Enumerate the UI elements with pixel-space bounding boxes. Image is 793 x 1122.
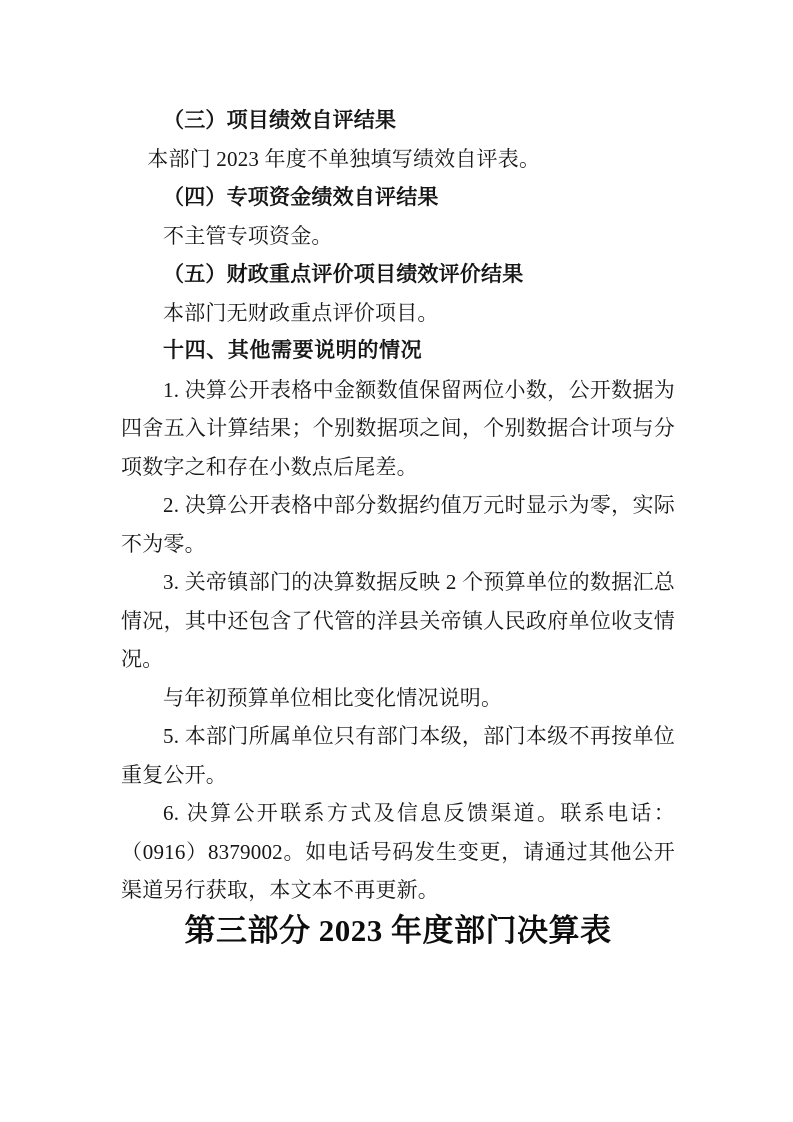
body-paragraph: 1. 决算公开表格中金额数值保留两位小数，公开数据为四舍五入计算结果；个别数据项… <box>121 371 675 487</box>
section-heading: 十四、其他需要说明的情况 <box>121 332 675 371</box>
body-paragraph: 本部门无财政重点评价项目。 <box>121 294 675 333</box>
body-paragraph: 3. 关帝镇部门的决算数据反映 2 个预算单位的数据汇总情况，其中还包含了代管的… <box>121 563 675 679</box>
document-page: （三）项目绩效自评结果本部门 2023 年度不单独填写绩效自评表。（四）专项资金… <box>0 0 793 1122</box>
body-paragraph: 6. 决算公开联系方式及信息反馈渠道。联系电话：（0916）8379002。如电… <box>121 794 675 910</box>
body-paragraph: 与年初预算单位相比变化情况说明。 <box>121 679 675 718</box>
document-content: （三）项目绩效自评结果本部门 2023 年度不单独填写绩效自评表。（四）专项资金… <box>121 101 675 954</box>
body-paragraph: 本部门 2023 年度不单独填写绩效自评表。 <box>121 140 675 179</box>
body-paragraph: 5. 本部门所属单位只有部门本级，部门本级不再按单位重复公开。 <box>121 717 675 794</box>
body-paragraph: 不主管专项资金。 <box>121 217 675 256</box>
body-paragraph: 2. 决算公开表格中部分数据约值万元时显示为零，实际不为零。 <box>121 486 675 563</box>
subsection-heading: （三）项目绩效自评结果 <box>121 101 675 140</box>
subsection-heading: （四）专项资金绩效自评结果 <box>121 178 675 217</box>
subsection-heading: （五）财政重点评价项目绩效评价结果 <box>121 255 675 294</box>
part-title: 第三部分 2023 年度部门决算表 <box>121 908 675 954</box>
